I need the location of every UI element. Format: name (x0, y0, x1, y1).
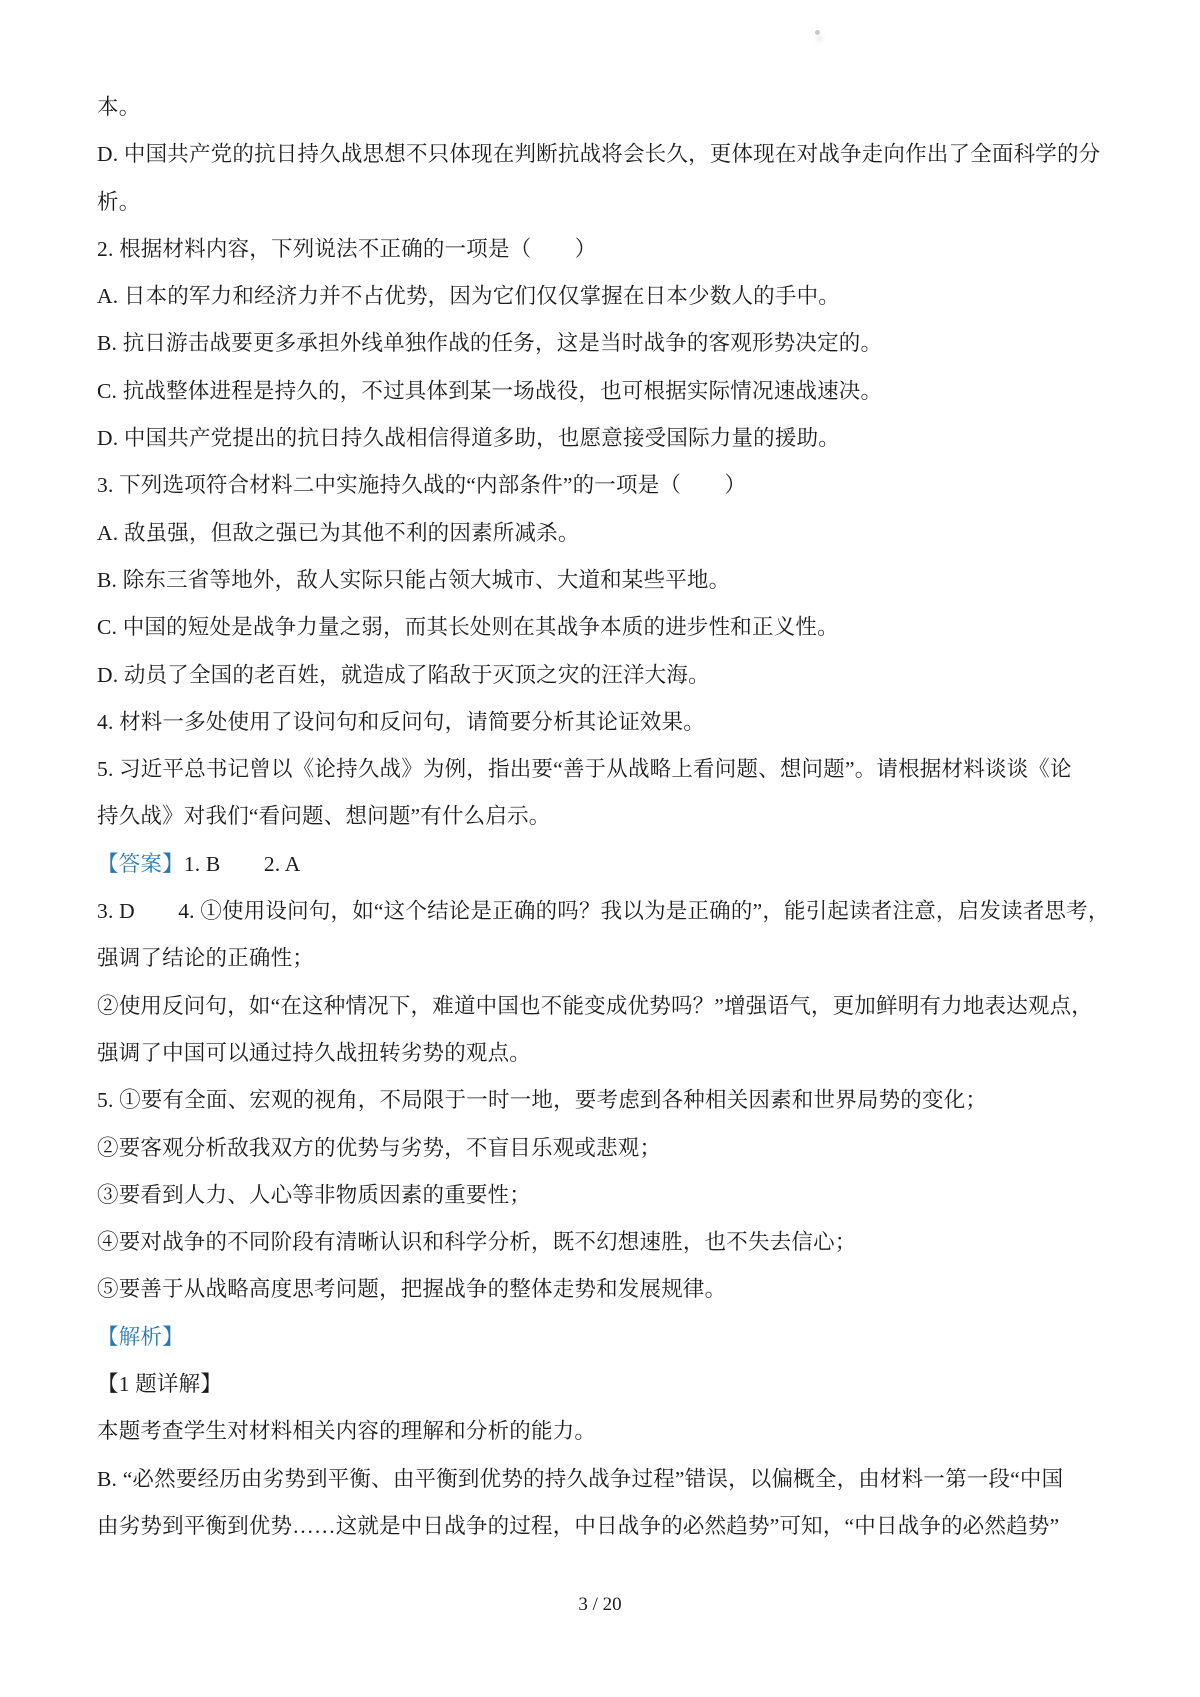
question-3-option-a: A. 敌虽强，但敌之强已为其他不利的因素所减杀。 (97, 510, 1107, 557)
answer-5-point-3: ③要看到人力、人心等非物质因素的重要性； (97, 1172, 1107, 1219)
text-line: 本。 (97, 84, 1107, 131)
text-line: 由劣势到平衡到优势……这就是中日战争的过程，中日战争的必然趋势”可知，“中日战争… (97, 1503, 1107, 1550)
question-3: 3. 下列选项符合材料二中实施持久战的“内部条件”的一项是（ ） (97, 462, 1107, 509)
question-2: 2. 根据材料内容，下列说法不正确的一项是（ ） (97, 226, 1107, 273)
text-line: 强调了结论的正确性； (97, 935, 1107, 982)
document-page: 本。 D. 中国共产党的抗日持久战思想不只体现在判断抗战将会长久，更体现在对战争… (0, 0, 1200, 1697)
answer-5-point-5: ⑤要善于从战略高度思考问题，把握战争的整体走势和发展规律。 (97, 1266, 1107, 1313)
answer-5-point-2: ②要客观分析敌我双方的优势与劣势，不盲目乐观或悲观； (97, 1125, 1107, 1172)
question-5-continued: 持久战》对我们“看问题、想问题”有什么启示。 (97, 793, 1107, 840)
page-number: 3 / 20 (0, 1594, 1200, 1616)
answer-values: 1. B 2. A (184, 852, 301, 876)
question-3-option-b: B. 除东三省等地外，敌人实际只能占领大城市、大道和某些平地。 (97, 557, 1107, 604)
analysis-heading: 【解析】 (97, 1314, 1107, 1361)
text-line: 本题考查学生对材料相关内容的理解和分析的能力。 (97, 1408, 1107, 1455)
text-line: B. “必然要经历由劣势到平衡、由平衡到优势的持久战争过程”错误，以偏概全，由材… (97, 1456, 1107, 1503)
explanation-1-heading: 【1 题详解】 (97, 1361, 1107, 1408)
question-2-option-c: C. 抗战整体进程是持久的，不过具体到某一场战役，也可根据实际情况速战速决。 (97, 368, 1107, 415)
scan-artifact-dot (815, 30, 820, 35)
answer-line: 【答案】1. B 2. A (97, 841, 1107, 888)
answer-5-point-1: 5. ①要有全面、宏观的视角，不局限于一时一地，要考虑到各种相关因素和世界局势的… (97, 1077, 1107, 1124)
question-2-option-a: A. 日本的军力和经济力并不占优势，因为它们仅仅掌握在日本少数人的手中。 (97, 273, 1107, 320)
answer-3-4-line: 3. D 4. ①使用设问句，如“这个结论是正确的吗？我以为是正确的”，能引起读… (97, 888, 1107, 935)
question-2-option-d: D. 中国共产党提出的抗日持久战相信得道多助，也愿意接受国际力量的援助。 (97, 415, 1107, 462)
document-body: 本。 D. 中国共产党的抗日持久战思想不只体现在判断抗战将会长久，更体现在对战争… (97, 84, 1107, 1550)
text-line: 析。 (97, 179, 1107, 226)
text-line: 强调了中国可以通过持久战扭转劣势的观点。 (97, 1030, 1107, 1077)
text-line: ②使用反问句，如“在这种情况下，难道中国也不能变成优势吗？”增强语气，更加鲜明有… (97, 983, 1107, 1030)
question-5: 5. 习近平总书记曾以《论持久战》为例，指出要“善于从战略上看问题、想问题”。请… (97, 746, 1107, 793)
question-4: 4. 材料一多处使用了设问句和反问句，请简要分析其论证效果。 (97, 699, 1107, 746)
question-2-option-b: B. 抗日游击战要更多承担外线单独作战的任务，这是当时战争的客观形势决定的。 (97, 320, 1107, 367)
question-3-option-c: C. 中国的短处是战争力量之弱，而其长处则在其战争本质的进步性和正义性。 (97, 604, 1107, 651)
text-line-option-d1: D. 中国共产党的抗日持久战思想不只体现在判断抗战将会长久，更体现在对战争走向作… (97, 131, 1107, 178)
question-3-option-d: D. 动员了全国的老百姓，就造成了陷敌于灭顶之灾的汪洋大海。 (97, 652, 1107, 699)
answer-label: 【答案】 (97, 852, 184, 876)
analysis-label: 【解析】 (97, 1325, 184, 1349)
answer-5-point-4: ④要对战争的不同阶段有清晰认识和科学分析，既不幻想速胜，也不失去信心； (97, 1219, 1107, 1266)
